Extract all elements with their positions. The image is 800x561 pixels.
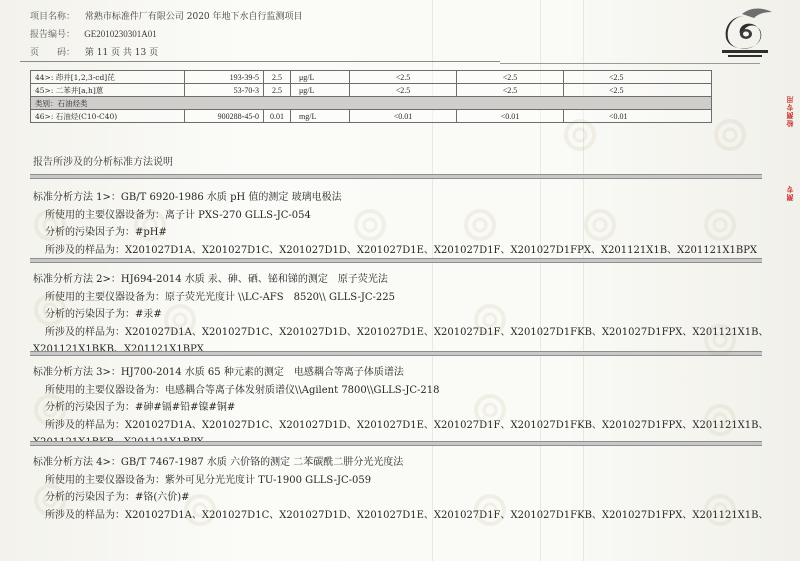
watermark-logo-icon [460,205,500,245]
section-divider [30,351,762,356]
watermark-logo-icon [700,205,740,245]
page-number-label: 页 码： [30,45,82,58]
report-number-value: GE2010230301A01 [84,29,157,39]
method-equipment: 所使用的主要仪器设备为：电感耦合等离子体发射质谱仪\\Agilent 7800\… [45,381,440,396]
method-samples: 所涉及的样品为：X201027D1A、X201027D1C、X201027D1D… [45,323,769,338]
method-heading: 标准分析方法 4>：GB/T 7467-1987 水质 六价铬的测定 二苯碳酰二… [33,453,403,468]
analyte-name: 46>: 石油烃(C10-C40) [31,110,185,123]
unit: μg/L [291,84,350,97]
section-divider [30,174,762,179]
results-table: 44>: 茚并[1,2,3-cd]芘193-39-52.5μg/L<2.5<2.… [30,70,712,123]
method-pollutants: 分析的污染因子为：#汞# [45,305,162,320]
header-divider [500,63,760,64]
table-row: 46>: 石油烃(C10-C40)900288-45-00.01mg/L<0.0… [31,110,712,123]
method-equipment: 所使用的主要仪器设备为：紫外可见分光光度计 TU-1900 GLLS-JC-05… [45,471,371,486]
project-name-value: 常熟市标准件厂有限公司 2020 年地下水自行监测项目 [85,12,303,22]
watermark-logo-icon [710,115,750,155]
header-divider [20,61,500,62]
methods-section-title: 报告所涉及的分析标准方法说明 [33,153,173,168]
result-value: <2.5 [564,84,712,97]
method-equipment: 所使用的主要仪器设备为：原子荧光光度计 \\LC-AFS 8520\\ GLLS… [45,288,395,303]
method-samples: 所涉及的样品为：X201027D1A、X201027D1C、X201027D1D… [45,416,769,431]
result-value: <2.5 [564,71,712,84]
watermark-logo-icon [350,205,390,245]
table-row: 44>: 茚并[1,2,3-cd]芘193-39-52.5μg/L<2.5<2.… [31,71,712,84]
method-heading: 标准分析方法 3>：HJ700-2014 水质 65 种元素的测定 电感耦合等离… [33,363,404,378]
method-pollutants: 分析的污染因子为：#pH# [45,223,167,238]
watermark-logo-icon [580,205,620,245]
method-samples: 所涉及的样品为：X201027D1A、X201027D1C、X201027D1D… [45,506,769,521]
project-name-row: 项目名称： 常熟市标准件厂有限公司 2020 年地下水自行监测项目 [30,9,303,22]
analyte-name: 45>: 二苯并[a,h]蒽 [31,84,185,97]
detection-limit: 0.01 [264,110,291,123]
result-value: <0.01 [564,110,712,123]
method-samples: 所涉及的样品为：X201027D1A、X201027D1C、X201027D1D… [45,241,757,256]
edge-seal-stamp: 检测专用 [785,95,795,127]
result-value: <2.5 [350,71,457,84]
result-value: <2.5 [350,84,457,97]
analyte-name: 44>: 茚并[1,2,3-cd]芘 [31,71,185,84]
method-heading: 标准分析方法 2>：HJ694-2014 水质 汞、砷、硒、铋和锑的测定 原子荧… [33,270,388,285]
result-value: <2.5 [457,84,564,97]
page-number-row: 页 码： 第 11 页 共 13 页 [30,45,158,58]
unit: μg/L [291,71,350,84]
cas-number: 900288-45-0 [185,110,264,123]
page-number-value: 第 11 页 共 13 页 [85,48,158,58]
edge-seal-stamp: 测专 [785,185,795,201]
report-page: 项目名称： 常熟市标准件厂有限公司 2020 年地下水自行监测项目 报告编号： … [0,0,800,561]
report-number-label: 报告编号： [30,27,82,40]
detection-limit: 2.5 [264,71,291,84]
method-pollutants: 分析的污染因子为：#铬(六价)# [45,488,190,503]
cas-number: 193-39-5 [185,71,264,84]
category-label: 类别：石油烃类 [31,97,712,110]
unit: mg/L [291,110,350,123]
result-value: <0.01 [457,110,564,123]
cas-number: 53-70-3 [185,84,264,97]
method-equipment: 所使用的主要仪器设备为：离子计 PXS-270 GLLS-JC-054 [45,206,311,221]
table-row: 45>: 二苯并[a,h]蒽53-70-32.5μg/L<2.5<2.5<2.5 [31,84,712,97]
section-divider [30,258,762,263]
result-value: <2.5 [457,71,564,84]
method-pollutants: 分析的污染因子为：#砷#镉#铅#镍#铜# [45,398,235,413]
project-name-label: 项目名称： [30,9,82,22]
method-heading: 标准分析方法 1>：GB/T 6920-1986 水质 pH 值的测定 玻璃电极… [33,188,342,203]
report-number-row: 报告编号： GE2010230301A01 [30,27,157,40]
category-row: 类别：石油烃类 [31,97,712,110]
spiral-wave-logo-icon [712,4,778,60]
detection-limit: 2.5 [264,84,291,97]
result-value: <0.01 [350,110,457,123]
section-divider [30,441,762,446]
